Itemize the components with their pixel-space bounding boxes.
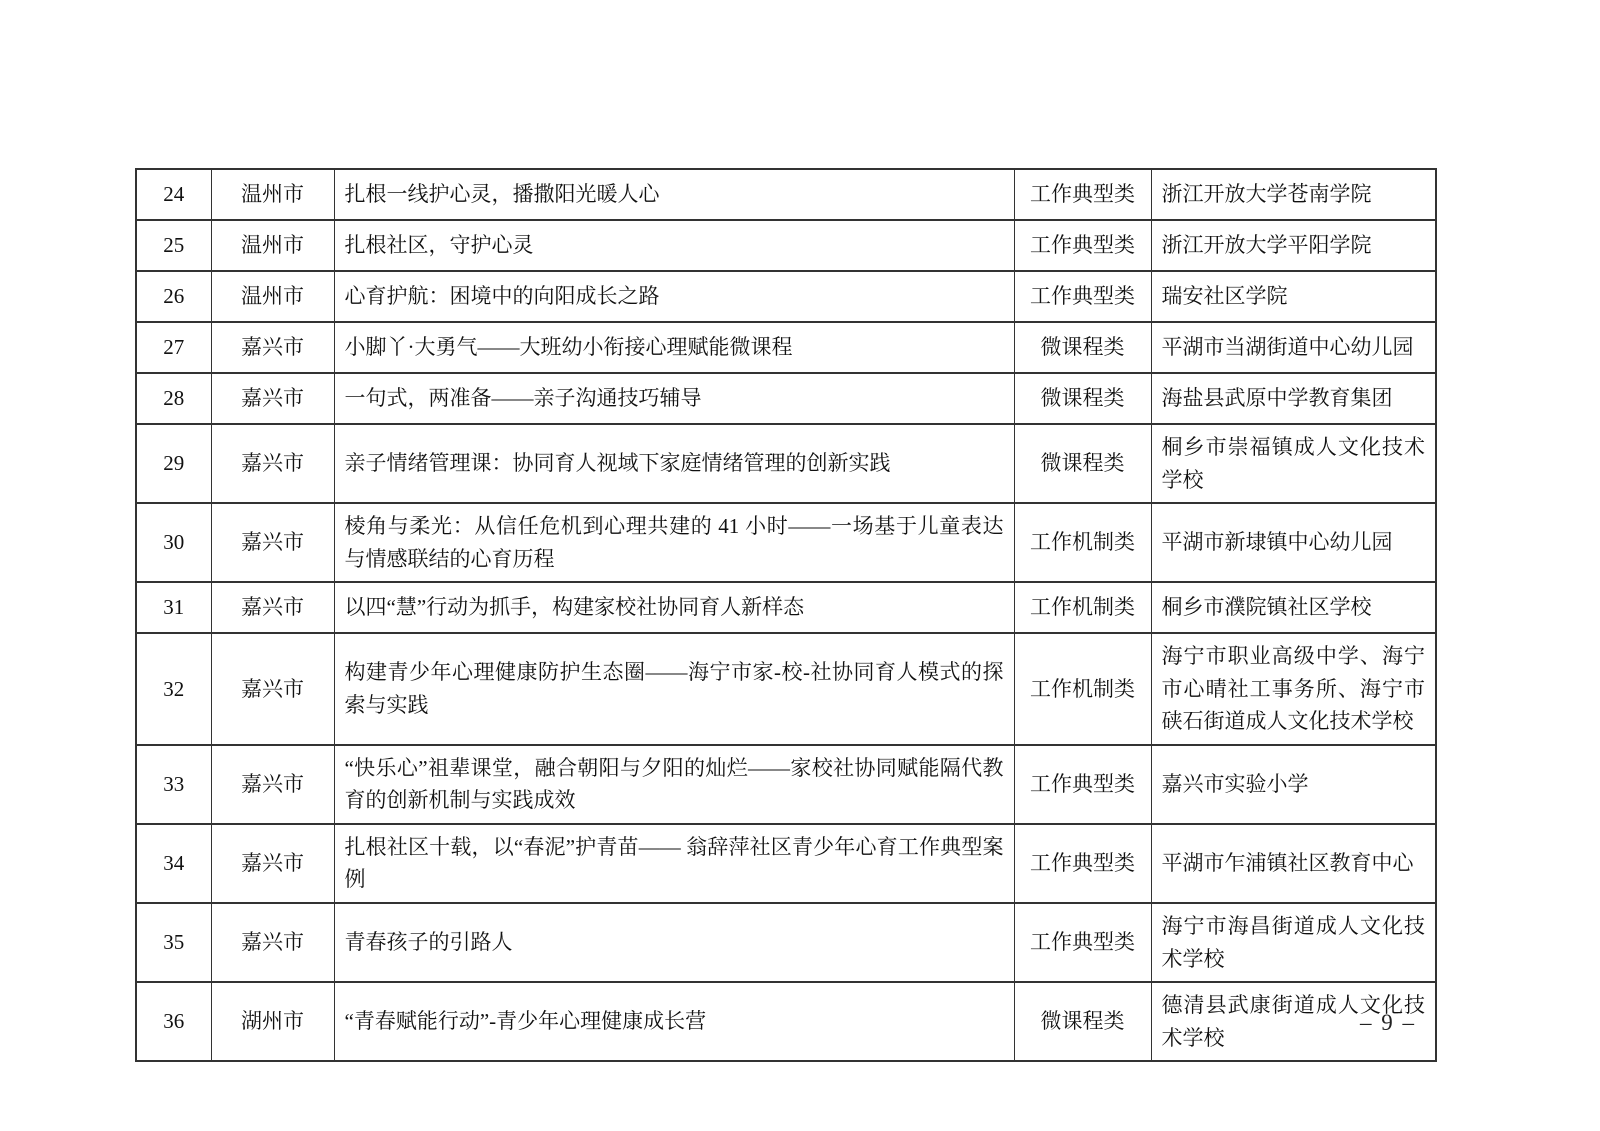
- row-number: 24: [136, 169, 211, 220]
- city-cell: 嘉兴市: [211, 824, 334, 903]
- title-cell: 扎根社区，守护心灵: [334, 220, 1014, 271]
- row-number: 31: [136, 582, 211, 633]
- category-cell: 微课程类: [1014, 982, 1151, 1061]
- title-cell: 青春孩子的引路人: [334, 903, 1014, 982]
- title-cell: 一句式，两准备——亲子沟通技巧辅导: [334, 373, 1014, 424]
- document-page: 24 温州市 扎根一线护心灵，播撒阳光暖人心 工作典型类 浙江开放大学苍南学院 …: [0, 0, 1600, 1131]
- category-cell: 工作机制类: [1014, 582, 1151, 633]
- table-row: 24 温州市 扎根一线护心灵，播撒阳光暖人心 工作典型类 浙江开放大学苍南学院: [136, 169, 1436, 220]
- city-cell: 温州市: [211, 220, 334, 271]
- row-number: 30: [136, 503, 211, 582]
- table-row: 35 嘉兴市 青春孩子的引路人 工作典型类 海宁市海昌街道成人文化技术学校: [136, 903, 1436, 982]
- city-cell: 温州市: [211, 271, 334, 322]
- city-cell: 嘉兴市: [211, 373, 334, 424]
- row-number: 27: [136, 322, 211, 373]
- org-cell: 海宁市职业高级中学、海宁市心晴社工事务所、海宁市硖石街道成人文化技术学校: [1151, 633, 1436, 745]
- table-row: 31 嘉兴市 以四“慧”行动为抓手，构建家校社协同育人新样态 工作机制类 桐乡市…: [136, 582, 1436, 633]
- row-number: 28: [136, 373, 211, 424]
- org-cell: 桐乡市濮院镇社区学校: [1151, 582, 1436, 633]
- category-cell: 工作机制类: [1014, 503, 1151, 582]
- org-cell: 平湖市当湖街道中心幼儿园: [1151, 322, 1436, 373]
- awards-table-body: 24 温州市 扎根一线护心灵，播撒阳光暖人心 工作典型类 浙江开放大学苍南学院 …: [136, 169, 1436, 1061]
- city-cell: 湖州市: [211, 982, 334, 1061]
- city-cell: 嘉兴市: [211, 503, 334, 582]
- title-cell: “青春赋能行动”-青少年心理健康成长营: [334, 982, 1014, 1061]
- org-cell: 嘉兴市实验小学: [1151, 745, 1436, 824]
- table-row: 34 嘉兴市 扎根社区十载，以“春泥”护青苗—— 翁辞萍社区青少年心育工作典型案…: [136, 824, 1436, 903]
- category-cell: 微课程类: [1014, 322, 1151, 373]
- city-cell: 嘉兴市: [211, 903, 334, 982]
- category-cell: 微课程类: [1014, 373, 1151, 424]
- table-row: 36 湖州市 “青春赋能行动”-青少年心理健康成长营 微课程类 德清县武康街道成…: [136, 982, 1436, 1061]
- title-cell: “快乐心”祖辈课堂，融合朝阳与夕阳的灿烂——家校社协同赋能隔代教育的创新机制与实…: [334, 745, 1014, 824]
- category-cell: 工作典型类: [1014, 169, 1151, 220]
- row-number: 26: [136, 271, 211, 322]
- table-row: 33 嘉兴市 “快乐心”祖辈课堂，融合朝阳与夕阳的灿烂——家校社协同赋能隔代教育…: [136, 745, 1436, 824]
- title-cell: 构建青少年心理健康防护生态圈——海宁市家-校-社协同育人模式的探索与实践: [334, 633, 1014, 745]
- row-number: 32: [136, 633, 211, 745]
- title-cell: 以四“慧”行动为抓手，构建家校社协同育人新样态: [334, 582, 1014, 633]
- table-row: 29 嘉兴市 亲子情绪管理课：协同育人视域下家庭情绪管理的创新实践 微课程类 桐…: [136, 424, 1436, 503]
- awards-table: 24 温州市 扎根一线护心灵，播撒阳光暖人心 工作典型类 浙江开放大学苍南学院 …: [135, 168, 1437, 1062]
- title-cell: 心育护航：困境中的向阳成长之路: [334, 271, 1014, 322]
- org-cell: 平湖市乍浦镇社区教育中心: [1151, 824, 1436, 903]
- city-cell: 嘉兴市: [211, 633, 334, 745]
- title-cell: 小脚丫·大勇气——大班幼小衔接心理赋能微课程: [334, 322, 1014, 373]
- row-number: 33: [136, 745, 211, 824]
- title-cell: 扎根一线护心灵，播撒阳光暖人心: [334, 169, 1014, 220]
- table-row: 30 嘉兴市 棱角与柔光：从信任危机到心理共建的 41 小时——一场基于儿童表达…: [136, 503, 1436, 582]
- city-cell: 嘉兴市: [211, 582, 334, 633]
- org-cell: 海宁市海昌街道成人文化技术学校: [1151, 903, 1436, 982]
- category-cell: 微课程类: [1014, 424, 1151, 503]
- table-row: 26 温州市 心育护航：困境中的向阳成长之路 工作典型类 瑞安社区学院: [136, 271, 1436, 322]
- row-number: 29: [136, 424, 211, 503]
- category-cell: 工作机制类: [1014, 633, 1151, 745]
- org-cell: 平湖市新埭镇中心幼儿园: [1151, 503, 1436, 582]
- title-cell: 棱角与柔光：从信任危机到心理共建的 41 小时——一场基于儿童表达与情感联结的心…: [334, 503, 1014, 582]
- city-cell: 嘉兴市: [211, 745, 334, 824]
- org-cell: 海盐县武原中学教育集团: [1151, 373, 1436, 424]
- row-number: 36: [136, 982, 211, 1061]
- city-cell: 嘉兴市: [211, 424, 334, 503]
- category-cell: 工作典型类: [1014, 745, 1151, 824]
- row-number: 34: [136, 824, 211, 903]
- row-number: 35: [136, 903, 211, 982]
- org-cell: 浙江开放大学苍南学院: [1151, 169, 1436, 220]
- table-row: 28 嘉兴市 一句式，两准备——亲子沟通技巧辅导 微课程类 海盐县武原中学教育集…: [136, 373, 1436, 424]
- table-row: 32 嘉兴市 构建青少年心理健康防护生态圈——海宁市家-校-社协同育人模式的探索…: [136, 633, 1436, 745]
- page-number: – 9 –: [1360, 1010, 1480, 1036]
- category-cell: 工作典型类: [1014, 271, 1151, 322]
- org-cell: 桐乡市崇福镇成人文化技术学校: [1151, 424, 1436, 503]
- row-number: 25: [136, 220, 211, 271]
- category-cell: 工作典型类: [1014, 220, 1151, 271]
- title-cell: 亲子情绪管理课：协同育人视域下家庭情绪管理的创新实践: [334, 424, 1014, 503]
- table-row: 27 嘉兴市 小脚丫·大勇气——大班幼小衔接心理赋能微课程 微课程类 平湖市当湖…: [136, 322, 1436, 373]
- city-cell: 嘉兴市: [211, 322, 334, 373]
- city-cell: 温州市: [211, 169, 334, 220]
- category-cell: 工作典型类: [1014, 903, 1151, 982]
- org-cell: 浙江开放大学平阳学院: [1151, 220, 1436, 271]
- org-cell: 瑞安社区学院: [1151, 271, 1436, 322]
- title-cell: 扎根社区十载，以“春泥”护青苗—— 翁辞萍社区青少年心育工作典型案例: [334, 824, 1014, 903]
- category-cell: 工作典型类: [1014, 824, 1151, 903]
- table-row: 25 温州市 扎根社区，守护心灵 工作典型类 浙江开放大学平阳学院: [136, 220, 1436, 271]
